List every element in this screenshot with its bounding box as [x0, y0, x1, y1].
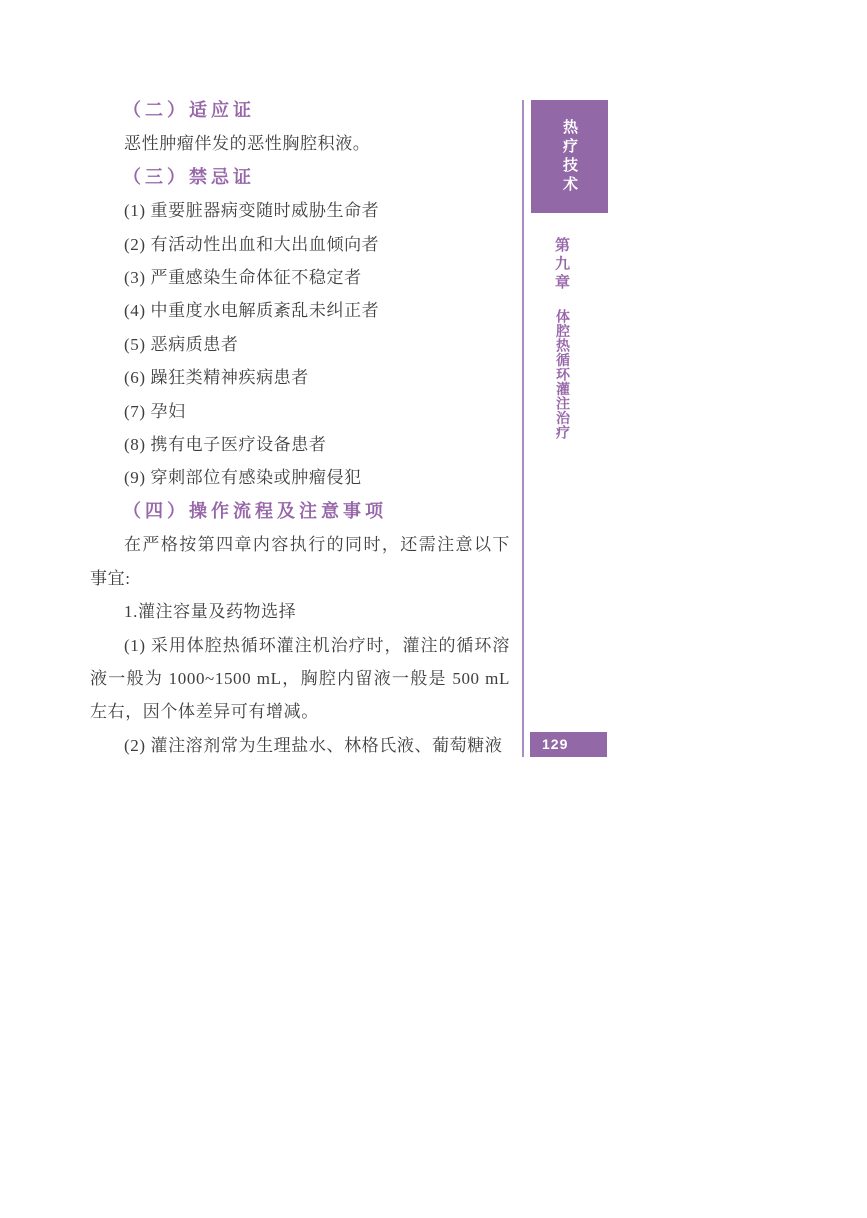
- page-number-badge: 129: [530, 732, 607, 757]
- section-heading: （二）适应证: [90, 94, 510, 127]
- paragraph: 在严格按第四章内容执行的同时，还需注意以下事宜:: [90, 528, 510, 595]
- sidebar-section-tab: 热疗技术: [531, 100, 608, 213]
- list-item: (4) 中重度水电解质紊乱未纠正者: [90, 294, 510, 327]
- list-item: (7) 孕妇: [90, 395, 510, 428]
- list-item: (1) 重要脏器病变随时威胁生命者: [90, 194, 510, 227]
- content-blocks: （二）适应证恶性肿瘤伴发的恶性胸腔积液。（三）禁忌证(1) 重要脏器病变随时威胁…: [90, 94, 510, 762]
- book-page: （二）适应证恶性肿瘤伴发的恶性胸腔积液。（三）禁忌证(1) 重要脏器病变随时威胁…: [0, 0, 867, 1218]
- section-heading: （三）禁忌证: [90, 161, 510, 194]
- section-heading: （四）操作流程及注意事项: [90, 495, 510, 528]
- sidebar-tab-label: 热疗技术: [559, 119, 580, 195]
- list-item: 1.灌注容量及药物选择: [90, 595, 510, 628]
- list-item: (8) 携有电子医疗设备患者: [90, 428, 510, 461]
- main-text-column: （二）适应证恶性肿瘤伴发的恶性胸腔积液。（三）禁忌证(1) 重要脏器病变随时威胁…: [90, 94, 510, 762]
- list-item: (6) 躁狂类精神疾病患者: [90, 361, 510, 394]
- paragraph: (1) 采用体腔热循环灌注机治疗时，灌注的循环溶液一般为 1000~1500 m…: [90, 629, 510, 729]
- chapter-number-label: 第九章: [553, 237, 569, 293]
- chapter-title-label: 体腔热循环灌注治疗: [554, 309, 569, 440]
- sidebar-chapter-heading: 第九章 体腔热循环灌注治疗: [551, 237, 572, 439]
- sidebar-divider-rule: [522, 100, 524, 757]
- paragraph: 恶性肿瘤伴发的恶性胸腔积液。: [90, 127, 510, 160]
- list-item: (9) 穿刺部位有感染或肿瘤侵犯: [90, 461, 510, 494]
- list-item: (2) 有活动性出血和大出血倾向者: [90, 228, 510, 261]
- list-item: (3) 严重感染生命体征不稳定者: [90, 261, 510, 294]
- list-item: (5) 恶病质患者: [90, 328, 510, 361]
- paragraph: (2) 灌注溶剂常为生理盐水、林格氏液、葡萄糖液: [90, 729, 510, 762]
